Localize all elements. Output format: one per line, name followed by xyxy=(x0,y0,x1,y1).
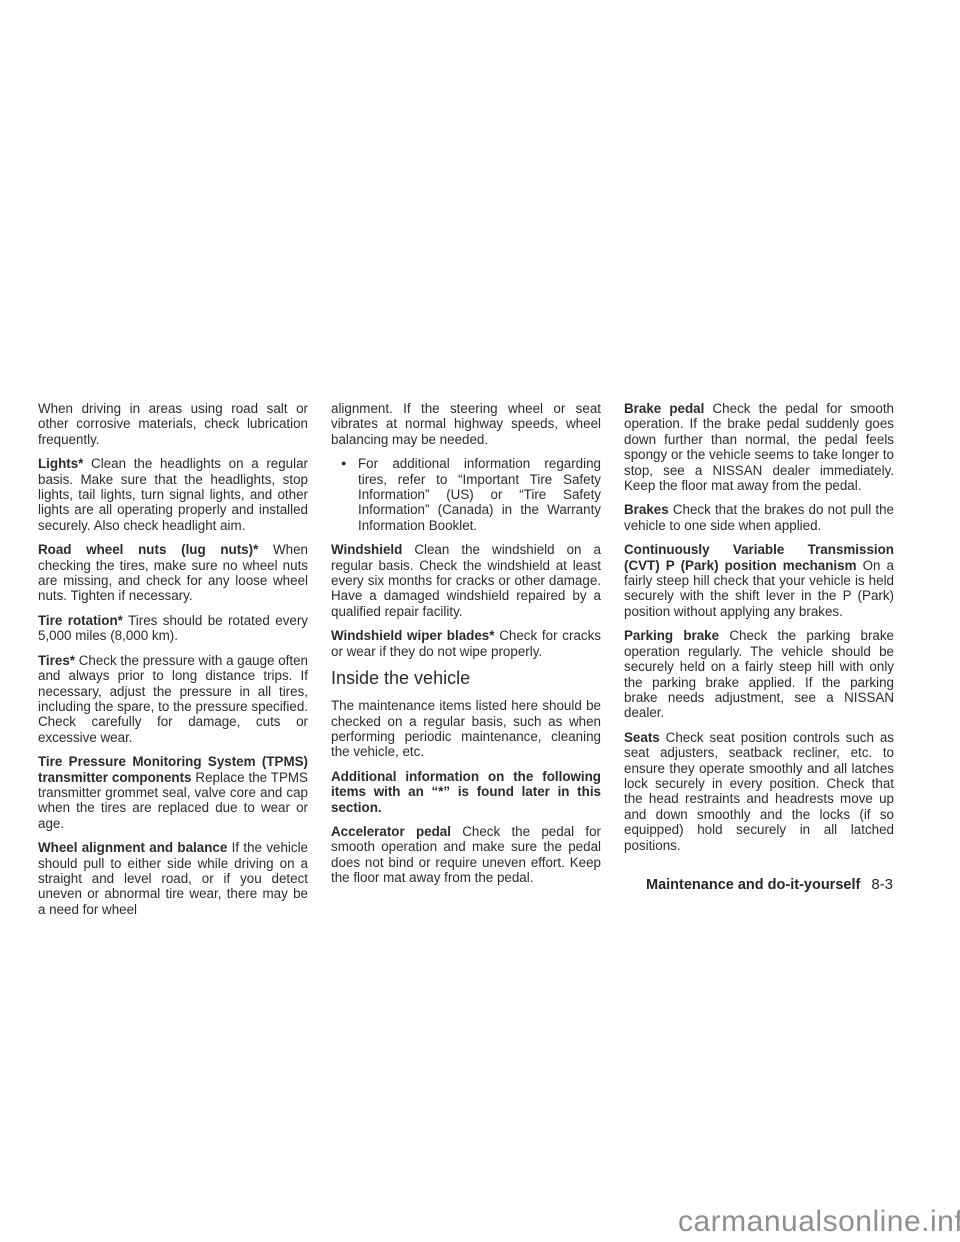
paragraph: Windshield wiper blades* Check for crack… xyxy=(331,628,601,659)
paragraph: Tires* Check the pressure with a gauge o… xyxy=(38,653,308,745)
run-in-heading: Seats xyxy=(624,730,660,745)
run-in-heading: Windshield xyxy=(331,542,402,557)
run-in-heading: Tire rotation* xyxy=(38,613,123,628)
paragraph: Wheel alignment and balance If the vehic… xyxy=(38,840,308,917)
paragraph-text: Check the pressure with a gauge often an… xyxy=(38,653,308,745)
paragraph-text: When driving in areas using road salt or… xyxy=(38,401,308,447)
paragraph: alignment. If the steering wheel or seat… xyxy=(331,401,601,447)
page-content: When driving in areas using road salt or… xyxy=(38,401,894,926)
paragraph: Tire Pressure Monitoring System (TPMS) t… xyxy=(38,754,308,831)
paragraph: The maintenance items listed here should… xyxy=(331,698,601,760)
paragraph: Brakes Check that the brakes do not pull… xyxy=(624,502,894,533)
paragraph: Brake pedal Check the pedal for smooth o… xyxy=(624,401,894,493)
run-in-heading: Wheel alignment and balance xyxy=(38,840,227,855)
run-in-heading: Road wheel nuts (lug nuts)* xyxy=(38,542,258,557)
run-in-heading: Brake pedal xyxy=(624,401,704,416)
run-in-heading: Brakes xyxy=(624,502,669,517)
paragraph-text: Check seat position controls such as sea… xyxy=(624,730,894,853)
run-in-heading: Tires* xyxy=(38,653,75,668)
bullet-item: ● For additional information regarding t… xyxy=(331,456,601,533)
note-bold-paragraph: Additional information on the following … xyxy=(331,769,601,815)
footer-section-title: Maintenance and do-it-yourself xyxy=(646,877,860,893)
paragraph-text: The maintenance items listed here should… xyxy=(331,698,601,759)
paragraph: Windshield Clean the windshield on a reg… xyxy=(331,542,601,619)
run-in-heading: Windshield wiper blades* xyxy=(331,628,494,643)
paragraph: Road wheel nuts (lug nuts)* When checkin… xyxy=(38,542,308,604)
run-in-heading: Accelerator pedal xyxy=(331,824,451,839)
paragraph: When driving in areas using road salt or… xyxy=(38,401,308,447)
bullet-icon: ● xyxy=(341,456,358,533)
paragraph: Tire rotation* Tires should be rotated e… xyxy=(38,613,308,644)
bullet-text: For additional information regarding tir… xyxy=(358,456,601,533)
paragraph-text: alignment. If the steering wheel or seat… xyxy=(331,401,601,447)
page-footer: Maintenance and do-it-yourself 8-3 xyxy=(646,876,893,893)
paragraph: Parking brake Check the parking brake op… xyxy=(624,628,894,720)
watermark-text: carmanualsonline.info xyxy=(678,1205,960,1239)
column-3: Brake pedal Check the pedal for smooth o… xyxy=(624,401,894,926)
run-in-heading: Continuously Variable Transmission (CVT)… xyxy=(624,542,894,572)
column-1: When driving in areas using road salt or… xyxy=(38,401,308,926)
run-in-heading: Lights* xyxy=(38,456,83,471)
paragraph: Additional information on the following … xyxy=(331,769,601,815)
paragraph: Lights* Clean the headlights on a regula… xyxy=(38,456,308,533)
section-heading: Inside the vehicle xyxy=(331,668,601,689)
run-in-heading: Parking brake xyxy=(624,628,719,643)
paragraph: Accelerator pedal Check the pedal for sm… xyxy=(331,824,601,886)
paragraph: Continuously Variable Transmission (CVT)… xyxy=(624,542,894,619)
column-2: alignment. If the steering wheel or seat… xyxy=(331,401,601,926)
paragraph: Seats Check seat position controls such … xyxy=(624,730,894,853)
footer-page-number: 8-3 xyxy=(871,876,893,893)
